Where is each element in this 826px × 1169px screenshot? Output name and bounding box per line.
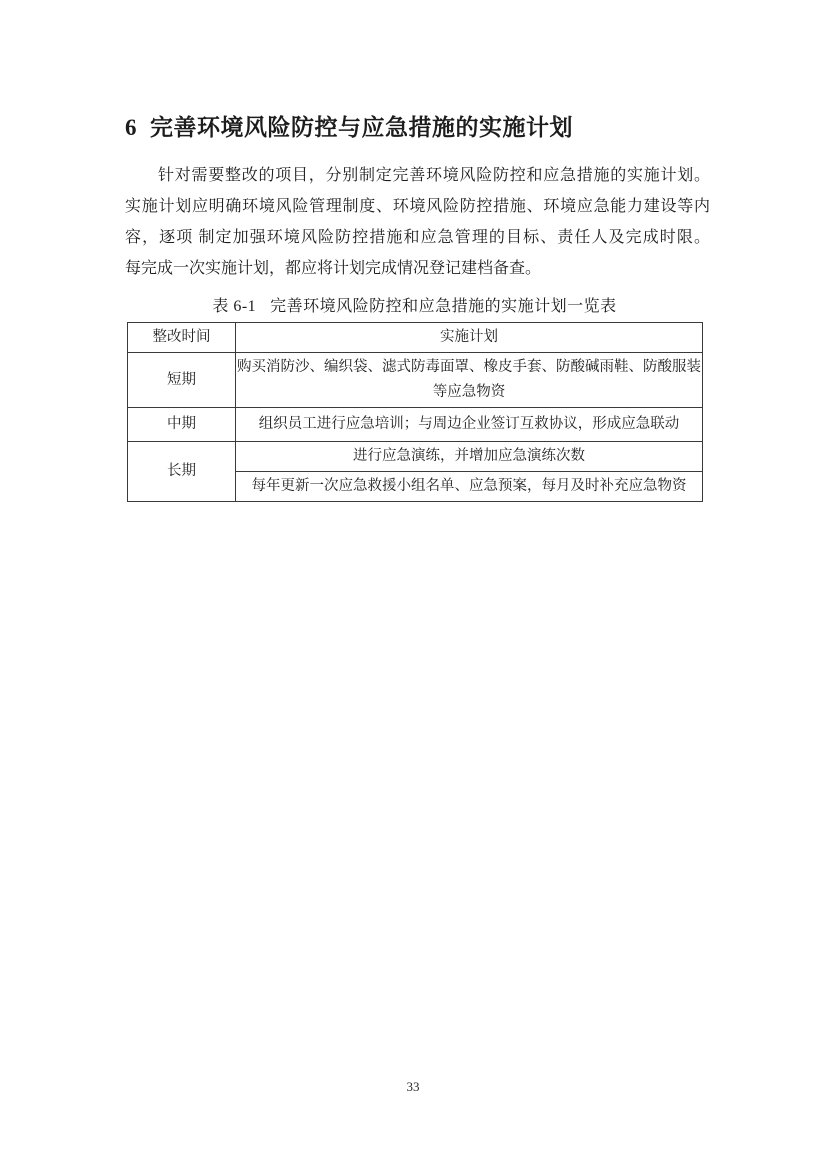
paragraph-line: 容，逐项 制定加强环境风险防控措施和应急管理的目标、责任人及完成时限。 — [125, 222, 710, 253]
plan-cell: 进行应急演练，并增加应急演练次数 — [236, 442, 703, 472]
table-row: 中期 组织员工进行应急培训；与周边企业签订互救协议，形成应急联动 — [128, 408, 703, 442]
period-cell: 短期 — [128, 353, 236, 408]
body-paragraph: 针对需要整改的项目，分别制定完善环境风险防控和应急措施的实施计划。 实施计划应明… — [125, 160, 710, 284]
implementation-plan-table: 整改时间 实施计划 短期 购买消防沙、编织袋、滤式防毒面罩、橡皮手套、防酸碱雨鞋… — [127, 322, 703, 502]
header-cell-plan: 实施计划 — [236, 323, 703, 353]
header-cell-period: 整改时间 — [128, 323, 236, 353]
table-header-row: 整改时间 实施计划 — [128, 323, 703, 353]
section-title: 完善环境风险防控与应急措施的实施计划 — [150, 115, 573, 140]
paragraph-line: 实施计划应明确环境风险管理制度、环境风险防控措施、环境应急能力建设等内 — [125, 191, 710, 222]
table-row: 长期 进行应急演练，并增加应急演练次数 — [128, 442, 703, 472]
section-number: 6 — [125, 115, 137, 141]
table-row: 短期 购买消防沙、编织袋、滤式防毒面罩、橡皮手套、防酸碱雨鞋、防酸服装等应急物资 — [128, 353, 703, 408]
period-cell: 长期 — [128, 442, 236, 502]
table-caption: 表 6-1完善环境风险防控和应急措施的实施计划一览表 — [127, 293, 702, 316]
page-number: 33 — [0, 1079, 826, 1095]
table-caption-title: 完善环境风险防控和应急措施的实施计划一览表 — [270, 298, 617, 315]
paragraph-line: 每完成一次实施计划，都应将计划完成情况登记建档备查。 — [125, 253, 710, 284]
paragraph-line: 针对需要整改的项目，分别制定完善环境风险防控和应急措施的实施计划。 — [125, 160, 710, 191]
period-cell: 中期 — [128, 408, 236, 442]
table-caption-label: 表 6-1 — [212, 298, 256, 315]
document-page: 6完善环境风险防控与应急措施的实施计划 针对需要整改的项目，分别制定完善环境风险… — [0, 0, 826, 1169]
plan-cell: 购买消防沙、编织袋、滤式防毒面罩、橡皮手套、防酸碱雨鞋、防酸服装等应急物资 — [236, 353, 703, 408]
section-heading: 6完善环境风险防控与应急措施的实施计划 — [125, 109, 710, 142]
plan-cell: 组织员工进行应急培训；与周边企业签订互救协议，形成应急联动 — [236, 408, 703, 442]
plan-cell: 每年更新一次应急救援小组名单、应急预案，每月及时补充应急物资 — [236, 472, 703, 502]
